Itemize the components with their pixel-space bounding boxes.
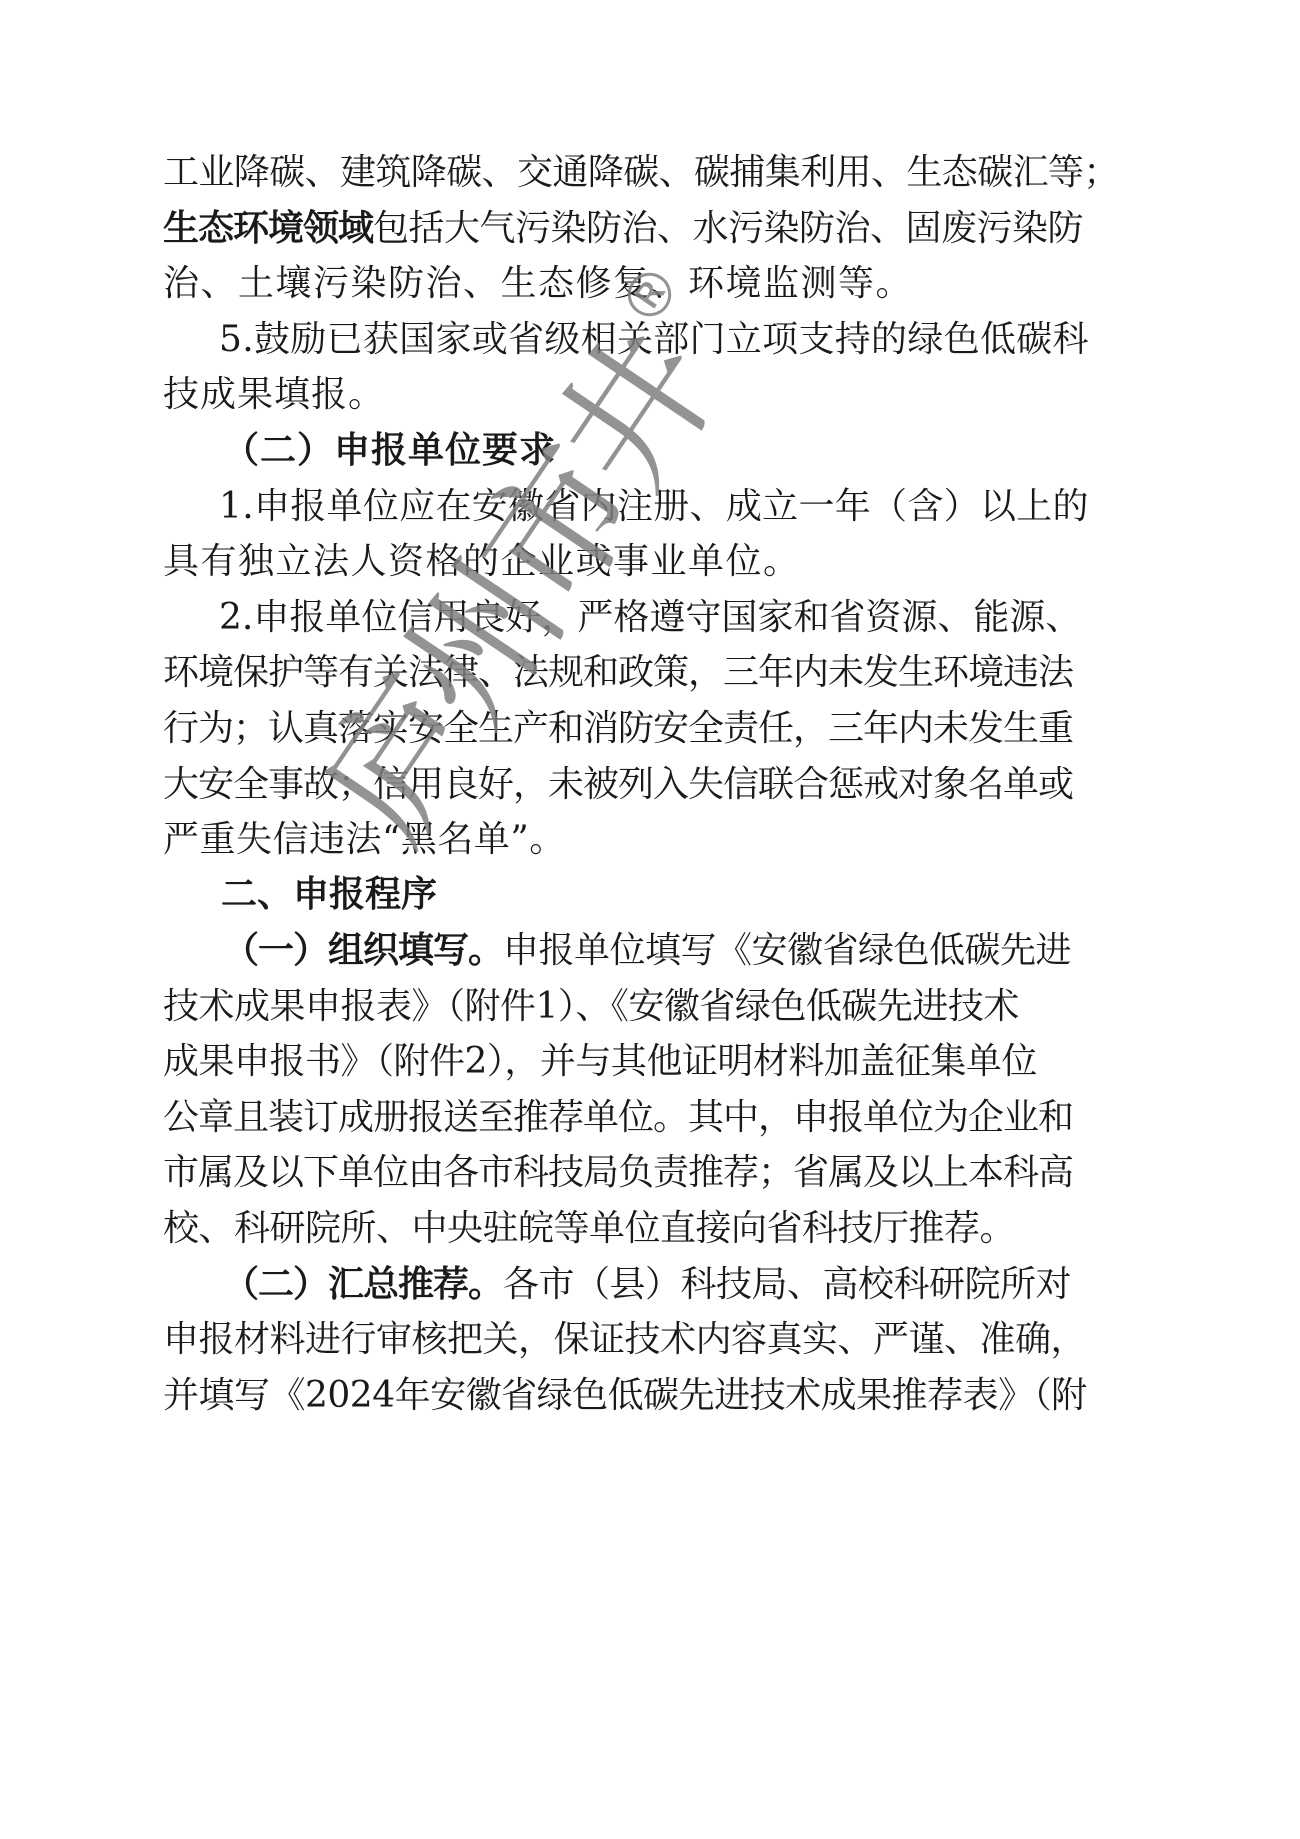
body-line: 市属及以下单位由各市科技局负责推荐；省属及以上本科高 [163,1145,1073,1201]
body-line: 工业降碳、建筑降碳、交通降碳、碳捕集利用、生态碳汇等； [163,145,1119,201]
body-text: 环境保护等有关法律、法规和政策，三年内未发生环境违法 [163,645,1073,701]
body-line: 严重失信违法“黑名单”。 [163,812,566,868]
section-heading-procedure: 二、申报程序 [221,867,437,923]
list-item-1: 1.申报单位应在安徽省内注册、成立一年（含）以上的 [219,479,1089,535]
body-text: 严重失信违法“黑名单”。 [163,812,566,868]
body-line: 环境保护等有关法律、法规和政策，三年内未发生环境违法 [163,645,1073,701]
body-line: 成果申报书》（附件2），并与其他证明材料加盖征集单位 [163,1034,1037,1090]
bold-term-summary-recommend: （二）汇总推荐。 [223,1257,503,1313]
section-heading-applicant-requirements: （二）申报单位要求 [223,423,556,479]
bold-term-ecology-field: 生态环境领域 [163,201,373,257]
body-line: 公章且装订成册报送至推荐单位。其中，申报单位为企业和 [163,1090,1073,1146]
body-text: 大安全事故；信用良好，未被列入失信联合惩戒对象名单或 [163,757,1073,813]
body-line: 治、土壤污染防治、生态修复、环境监测等。 [163,256,913,312]
body-text: 2.申报单位信用良好，严格遵守国家和省资源、能源、 [219,590,1081,646]
body-text: 申报单位填写《安徽省绿色低碳先进 [503,923,1071,979]
body-line: 校、科研院所、中央驻皖等单位直接向省科技厅推荐。 [163,1201,1015,1257]
body-text: 成果申报书》（附件2），并与其他证明材料加盖征集单位 [163,1034,1037,1090]
body-line: 具有独立法人资格的企业或事业单位。 [163,534,801,590]
body-line: 技成果填报。 [163,367,385,423]
body-text: 公章且装订成册报送至推荐单位。其中，申报单位为企业和 [163,1090,1073,1146]
body-line: 并填写《2024年安徽省绿色低碳先进技术成果推荐表》（附 [163,1368,1087,1424]
list-item-2: 2.申报单位信用良好，严格遵守国家和省资源、能源、 [219,590,1081,646]
heading-text: 二、申报程序 [221,867,437,923]
body-text: 各市（县）科技局、高校科研院所对 [503,1257,1071,1313]
body-line: 申报材料进行审核把关，保证技术内容真实、严谨、准确， [163,1312,1086,1368]
body-text: 并填写《2024年安徽省绿色低碳先进技术成果推荐表》（附 [163,1368,1087,1424]
body-text: 1.申报单位应在安徽省内注册、成立一年（含）以上的 [219,479,1089,535]
list-item-5: 5.鼓励已获国家或省级相关部门立项支持的绿色低碳科 [219,312,1089,368]
body-text: 行为；认真落实安全生产和消防安全责任，三年内未发生重 [163,701,1073,757]
heading-text: （二）申报单位要求 [223,423,556,479]
body-text: 申报材料进行审核把关，保证技术内容真实、严谨、准确， [163,1312,1086,1368]
procedure-step-2: （二）汇总推荐。各市（县）科技局、高校科研院所对 [223,1257,1071,1313]
body-text: 校、科研院所、中央驻皖等单位直接向省科技厅推荐。 [163,1201,1015,1257]
body-line: 大安全事故；信用良好，未被列入失信联合惩戒对象名单或 [163,757,1073,813]
bold-term-organize-fill: （一）组织填写。 [223,923,503,979]
body-line: 生态环境领域包括大气污染防治、水污染防治、固废污染防 [163,201,1083,257]
body-text: 技术成果申报表》（附件1）、《安徽省绿色低碳先进技术 [163,979,1019,1035]
body-text: 具有独立法人资格的企业或事业单位。 [163,534,801,590]
body-text: 技成果填报。 [163,367,385,423]
procedure-step-1: （一）组织填写。申报单位填写《安徽省绿色低碳先进 [223,923,1071,979]
body-line: 技术成果申报表》（附件1）、《安徽省绿色低碳先进技术 [163,979,1019,1035]
body-line: 行为；认真落实安全生产和消防安全责任，三年内未发生重 [163,701,1073,757]
body-text: 5.鼓励已获国家或省级相关部门立项支持的绿色低碳科 [219,312,1089,368]
body-text: 包括大气污染防治、水污染防治、固废污染防 [373,201,1083,257]
body-text: 市属及以下单位由各市科技局负责推荐；省属及以上本科高 [163,1145,1073,1201]
body-text: 治、土壤污染防治、生态修复、环境监测等。 [163,256,913,312]
body-text: 工业降碳、建筑降碳、交通降碳、碳捕集利用、生态碳汇等； [163,145,1119,201]
